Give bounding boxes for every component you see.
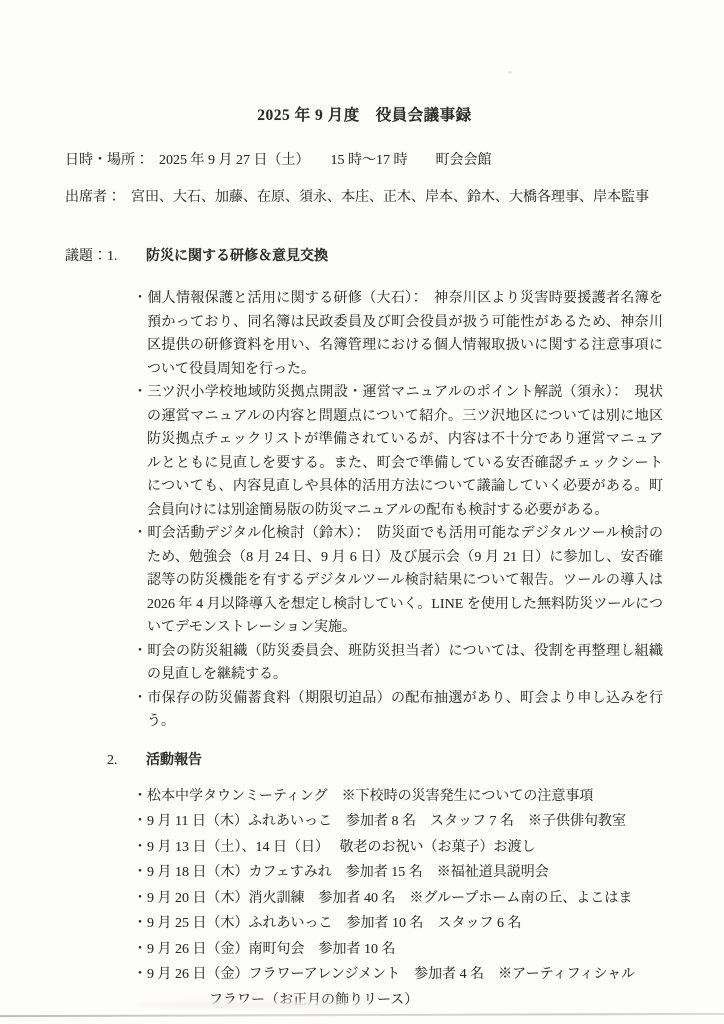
section-1-number: 1. [107,246,146,267]
activity-item: 9 月 18 日（木）カフェすみれ 参加者 15 名 ※福祉道具説明会 [133,860,673,886]
datetime-label: 日時・場所： [65,150,149,171]
scanned-document-page: 2025 年 9 月度 役員会議事録 日時・場所：2025 年 9 月 27 日… [0,0,724,1024]
activity-item: 9 月 26 日（金）南町句会 参加者 10 名 [133,937,673,963]
datetime-row: 日時・場所：2025 年 9 月 27 日（土） 15 時～17 時 町会会館 [65,150,664,171]
scan-artifact-speck [508,71,512,74]
agenda-section-1-heading-row: 議題：1.防災に関する研修＆意見交換 [65,246,664,267]
topic-item: 個人情報保護と活用に関する研修（大石）： 神奈川区より災害時要援護者名簿を預かっ… [133,287,663,381]
activity-item: 松本中学タウンミーティング ※下校時の災害発生についての注意事項 [133,784,673,810]
datetime-value: 2025 年 9 月 27 日（土） 15 時～17 時 町会会館 [159,153,492,168]
section-1-heading: 防災に関する研修＆意見交換 [146,249,328,264]
page-title: 2025 年 9 月度 役員会議事録 [65,106,664,126]
activity-item: 9 月 13 日（土）、14 日（日） 敬老のお祝い（お菓子）お渡し [133,835,673,861]
section-2-heading: 活動報告 [146,753,202,768]
topic-item: 町会の防災組織（防災委員会、班防災担当者）については、役割を再整理し組織の見直し… [133,640,663,687]
topic-item: 市保存の防災備蓄食料（期限切迫品）の配布抽選があり、町会より申し込みを行う。 [133,687,663,734]
activity-item: 9 月 20 日（木）消火訓練 参加者 40 名 ※グループホーム南の丘、よこは… [133,886,673,912]
agenda-topic-list: 個人情報保護と活用に関する研修（大石）： 神奈川区より災害時要援護者名簿を預かっ… [133,287,663,734]
activity-item: 9 月 26 日（金）フラワーアレンジメント 参加者 4 名 ※アーティフィシャ… [133,962,673,988]
agenda-section-2-heading-row: 2.活動報告 [65,750,664,771]
activity-report-list: 松本中学タウンミーティング ※下校時の災害発生についての注意事項 9 月 11 … [133,784,673,1014]
scan-artifact-line [0,1013,724,1017]
attendees-label: 出席者： [65,187,121,208]
activity-item-continuation: フラワー（お正月の飾りリース） [133,988,673,1014]
attendees-row: 出席者：宮田、大石、加藤、在原、須永、本庄、正木、岸本、鈴木、大橋各理事、岸本監… [65,187,664,208]
topic-item: 町会活動デジタル化検討（鈴木）： 防災面でも活用可能なデジタルツール検討のため、… [133,522,663,640]
activity-item: 9 月 11 日（木）ふれあいっこ 参加者 8 名 スタッフ 7 名 ※子供俳句… [133,809,673,835]
topic-item: 三ツ沢小学校地域防災拠点開設・運営マニュアルのポイント解説（須永）： 現状の運営… [133,381,663,522]
activity-item: 9 月 25 日（木）ふれあいっこ 参加者 10 名 スタッフ 6 名 [133,911,673,937]
section-2-number: 2. [107,750,146,771]
agenda-label: 議題： [65,246,107,267]
scan-artifact-smudge [140,1002,370,1008]
attendees-value: 宮田、大石、加藤、在原、須永、本庄、正木、岸本、鈴木、大橋各理事、岸本監事 [131,190,649,205]
